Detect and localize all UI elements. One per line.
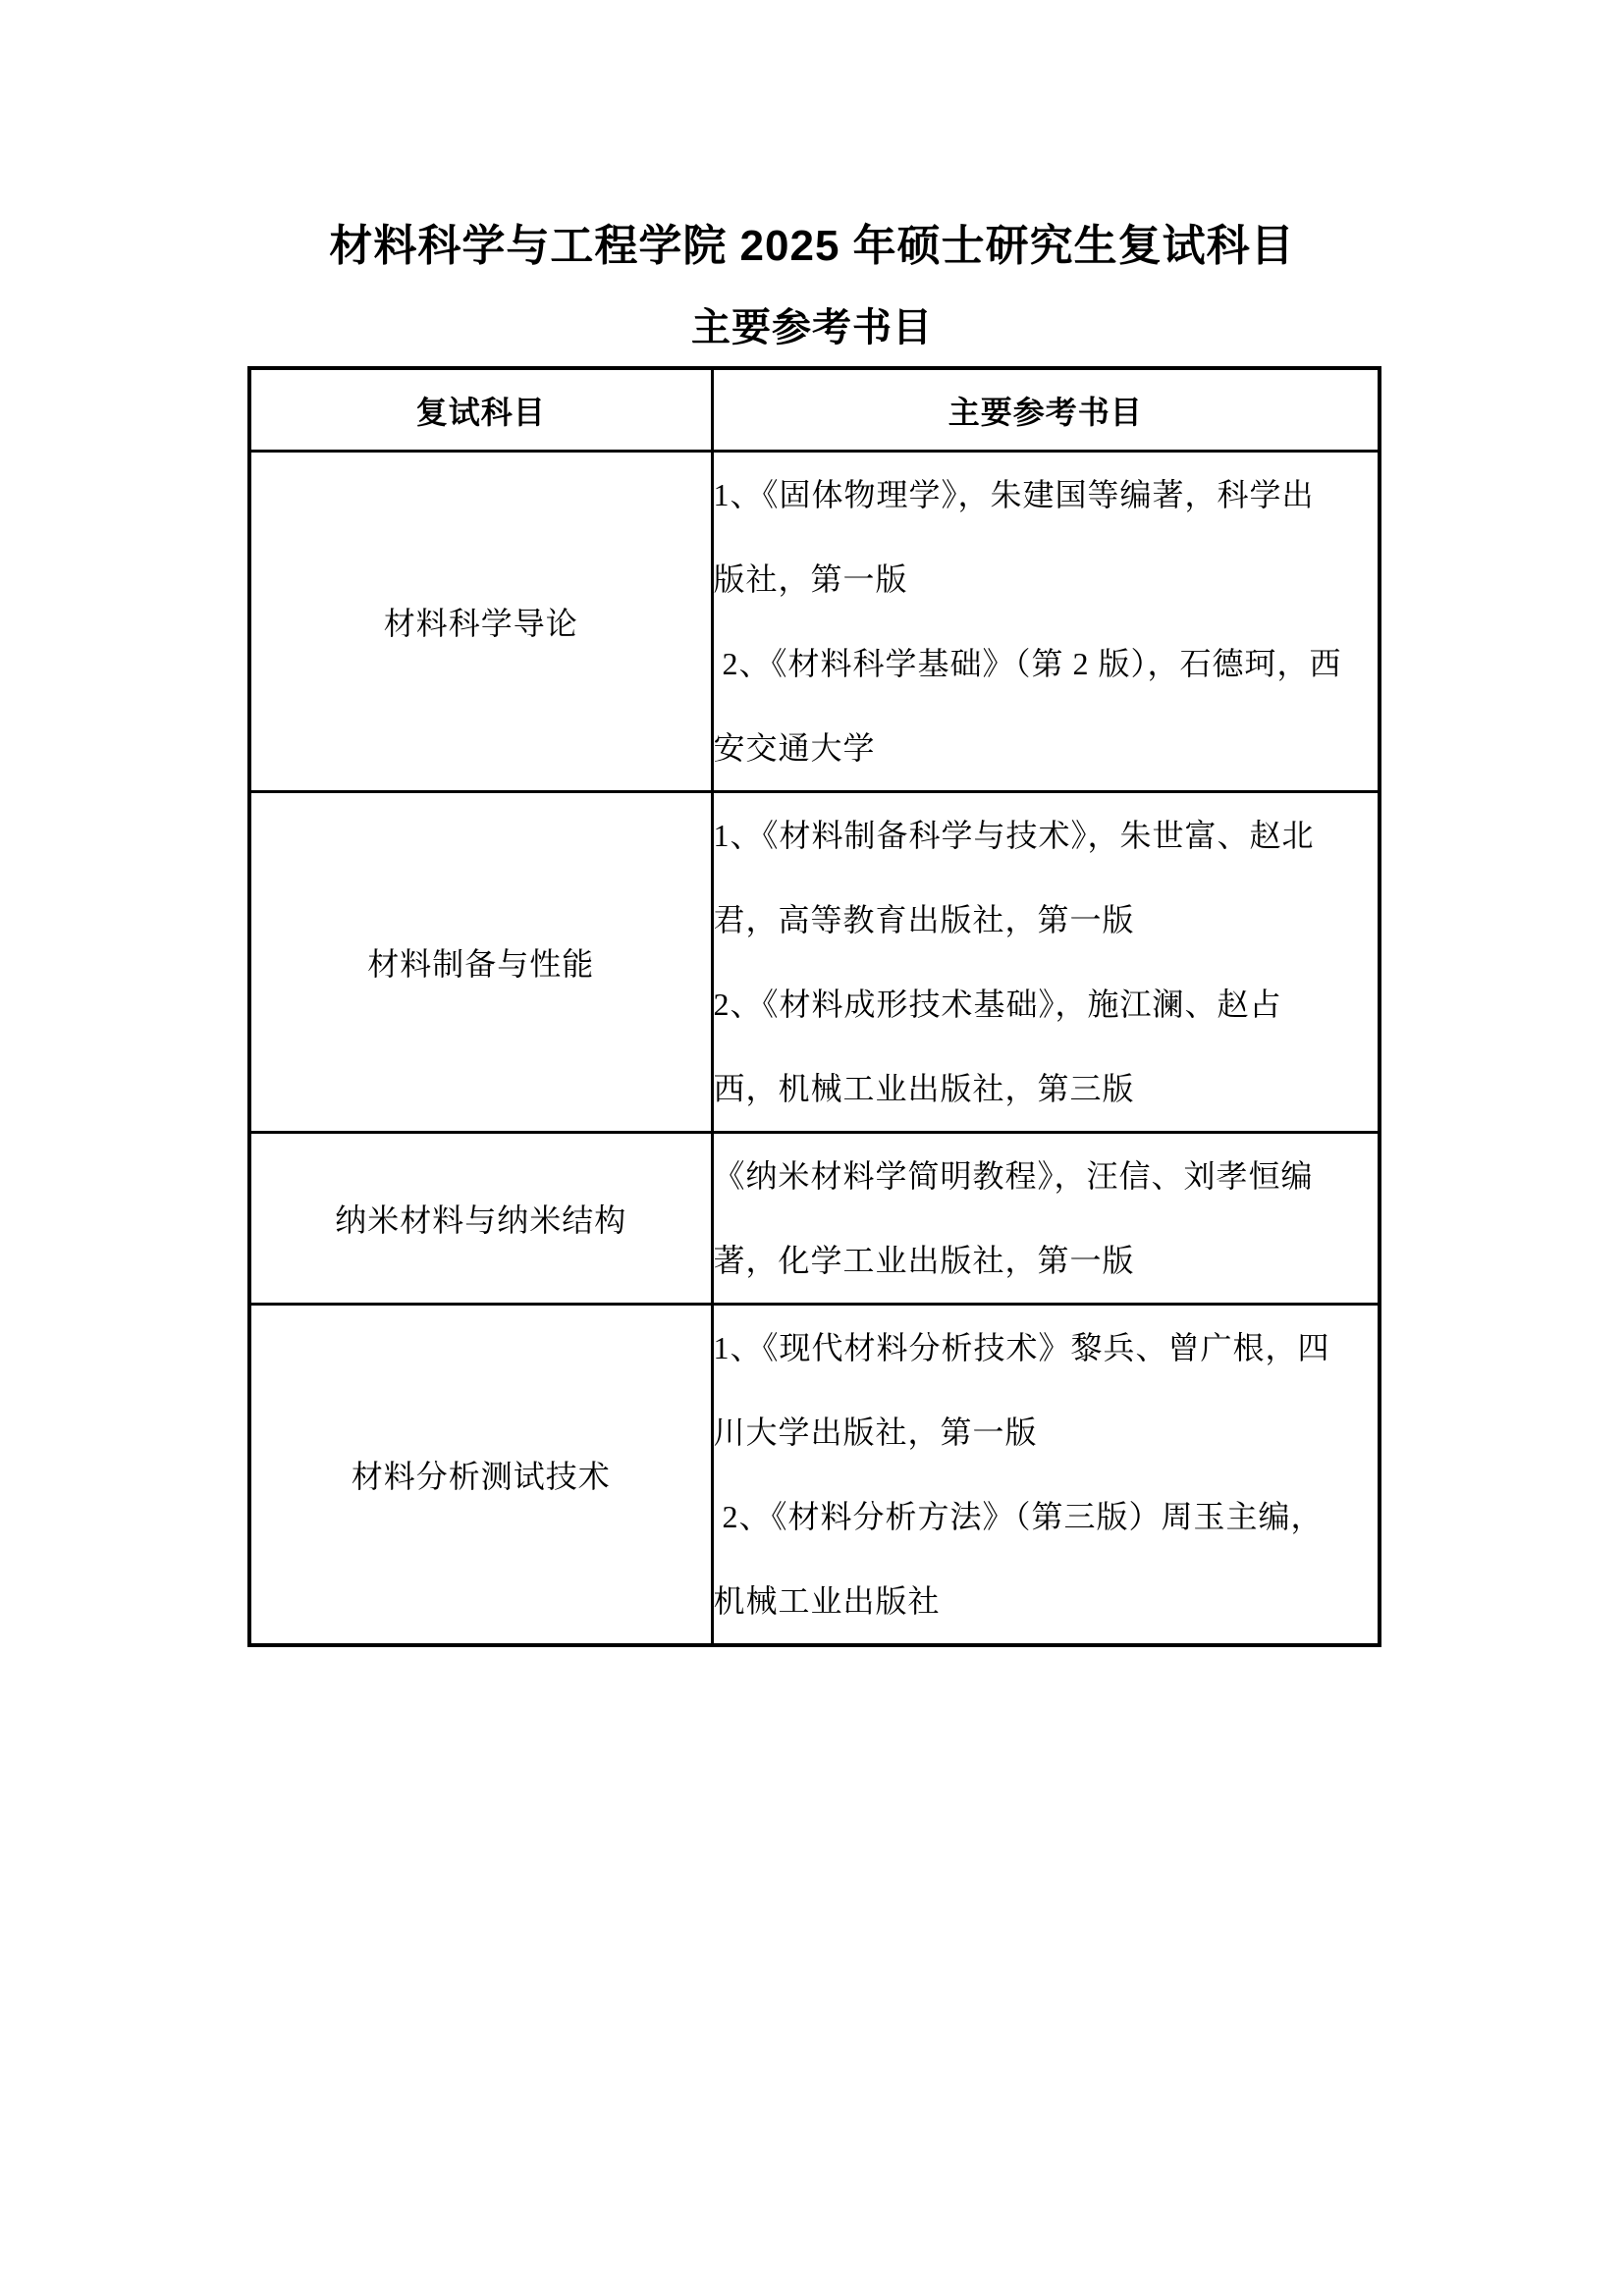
subject-cell: 纳米材料与纳米结构 — [249, 1133, 712, 1305]
table-row: 材料制备与性能 1、《材料制备科学与技术》，朱世富、赵北君，高等教育出版社，第一… — [249, 792, 1380, 1133]
reference-books-table: 复试科目 主要参考书目 材料科学导论 1、《固体物理学》，朱建国等编著，科学出版… — [247, 366, 1381, 1647]
book-line: 安交通大学 — [714, 706, 1379, 790]
table-row: 材料科学导论 1、《固体物理学》，朱建国等编著，科学出版社，第一版 2、《材料科… — [249, 452, 1380, 792]
book-line: 2、《材料分析方法》（第三版）周玉主编， — [714, 1474, 1379, 1559]
book-line: 2、《材料科学基础》（第 2 版），石德珂，西 — [714, 621, 1379, 706]
book-line: 著，化学工业出版社，第一版 — [714, 1218, 1379, 1303]
book-line: 川大学出版社，第一版 — [714, 1390, 1379, 1474]
book-line: 君，高等教育出版社，第一版 — [714, 878, 1379, 962]
page-subtitle: 主要参考书目 — [0, 296, 1624, 352]
table-header-row: 复试科目 主要参考书目 — [249, 368, 1380, 452]
column-header-books: 主要参考书目 — [712, 368, 1380, 452]
book-line: 《纳米材料学简明教程》，汪信、刘孝恒编 — [714, 1134, 1379, 1218]
book-line: 1、《现代材料分析技术》黎兵、曾广根，四 — [714, 1306, 1379, 1390]
book-line: 西，机械工业出版社，第三版 — [714, 1046, 1379, 1131]
books-cell: 1、《现代材料分析技术》黎兵、曾广根，四川大学出版社，第一版 2、《材料分析方法… — [712, 1305, 1380, 1646]
subject-cell: 材料分析测试技术 — [249, 1305, 712, 1646]
table-row: 材料分析测试技术 1、《现代材料分析技术》黎兵、曾广根，四川大学出版社，第一版 … — [249, 1305, 1380, 1646]
books-cell: 1、《固体物理学》，朱建国等编著，科学出版社，第一版 2、《材料科学基础》（第 … — [712, 452, 1380, 792]
books-cell: 1、《材料制备科学与技术》，朱世富、赵北君，高等教育出版社，第一版2、《材料成形… — [712, 792, 1380, 1133]
book-line: 1、《材料制备科学与技术》，朱世富、赵北 — [714, 793, 1379, 878]
page-title: 材料科学与工程学院 2025 年硕士研究生复试科目 — [0, 210, 1624, 273]
book-line: 1、《固体物理学》，朱建国等编著，科学出 — [714, 453, 1379, 537]
table-row: 纳米材料与纳米结构 《纳米材料学简明教程》，汪信、刘孝恒编著，化学工业出版社，第… — [249, 1133, 1380, 1305]
book-line: 2、《材料成形技术基础》，施江澜、赵占 — [714, 962, 1379, 1046]
column-header-subject: 复试科目 — [249, 368, 712, 452]
book-line: 版社，第一版 — [714, 537, 1379, 621]
document-page: 材料科学与工程学院 2025 年硕士研究生复试科目 主要参考书目 复试科目 主要… — [0, 0, 1624, 2296]
books-cell: 《纳米材料学简明教程》，汪信、刘孝恒编著，化学工业出版社，第一版 — [712, 1133, 1380, 1305]
subject-cell: 材料制备与性能 — [249, 792, 712, 1133]
subject-cell: 材料科学导论 — [249, 452, 712, 792]
book-line: 机械工业出版社 — [714, 1559, 1379, 1643]
